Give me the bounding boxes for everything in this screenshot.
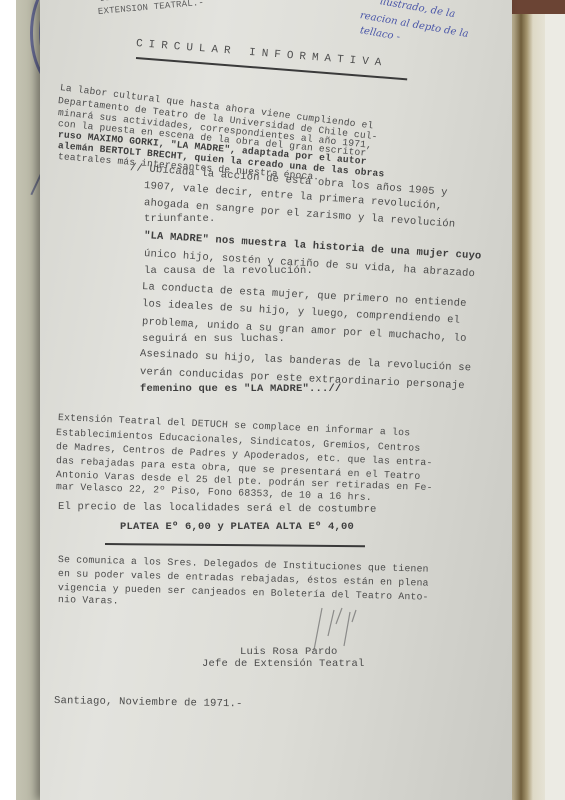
document-title: CIRCULAR INFORMATIVA — [136, 38, 388, 70]
quote-line: la causa de la revolución. — [144, 265, 313, 277]
price-intro: El precio de las localidades será el de … — [58, 501, 377, 516]
handwritten-note-line-3: tellaco - — [359, 25, 401, 43]
handwritten-signature — [308, 606, 368, 650]
document-page: DEPARTAMENTO DE TEATRO EXTENSION TEATRAL… — [40, 0, 512, 800]
signature-title: Jefe de Extensión Teatral — [202, 658, 365, 670]
quote-line: femenino que es "LA MADRE"...// — [140, 383, 342, 395]
prices-underline — [105, 543, 365, 547]
prices-line: PLATEA Eº 6,00 y PLATEA ALTA Eº 4,00 — [120, 521, 354, 533]
place-date: Santiago, Noviembre de 1971.- — [54, 695, 243, 710]
note-line: nio Varas. — [58, 594, 119, 607]
quote-line: triunfante. — [144, 213, 216, 225]
quote-line: seguirá en sus luchas. — [142, 333, 285, 345]
signature-name: Luis Rosa Pardo — [240, 646, 338, 658]
